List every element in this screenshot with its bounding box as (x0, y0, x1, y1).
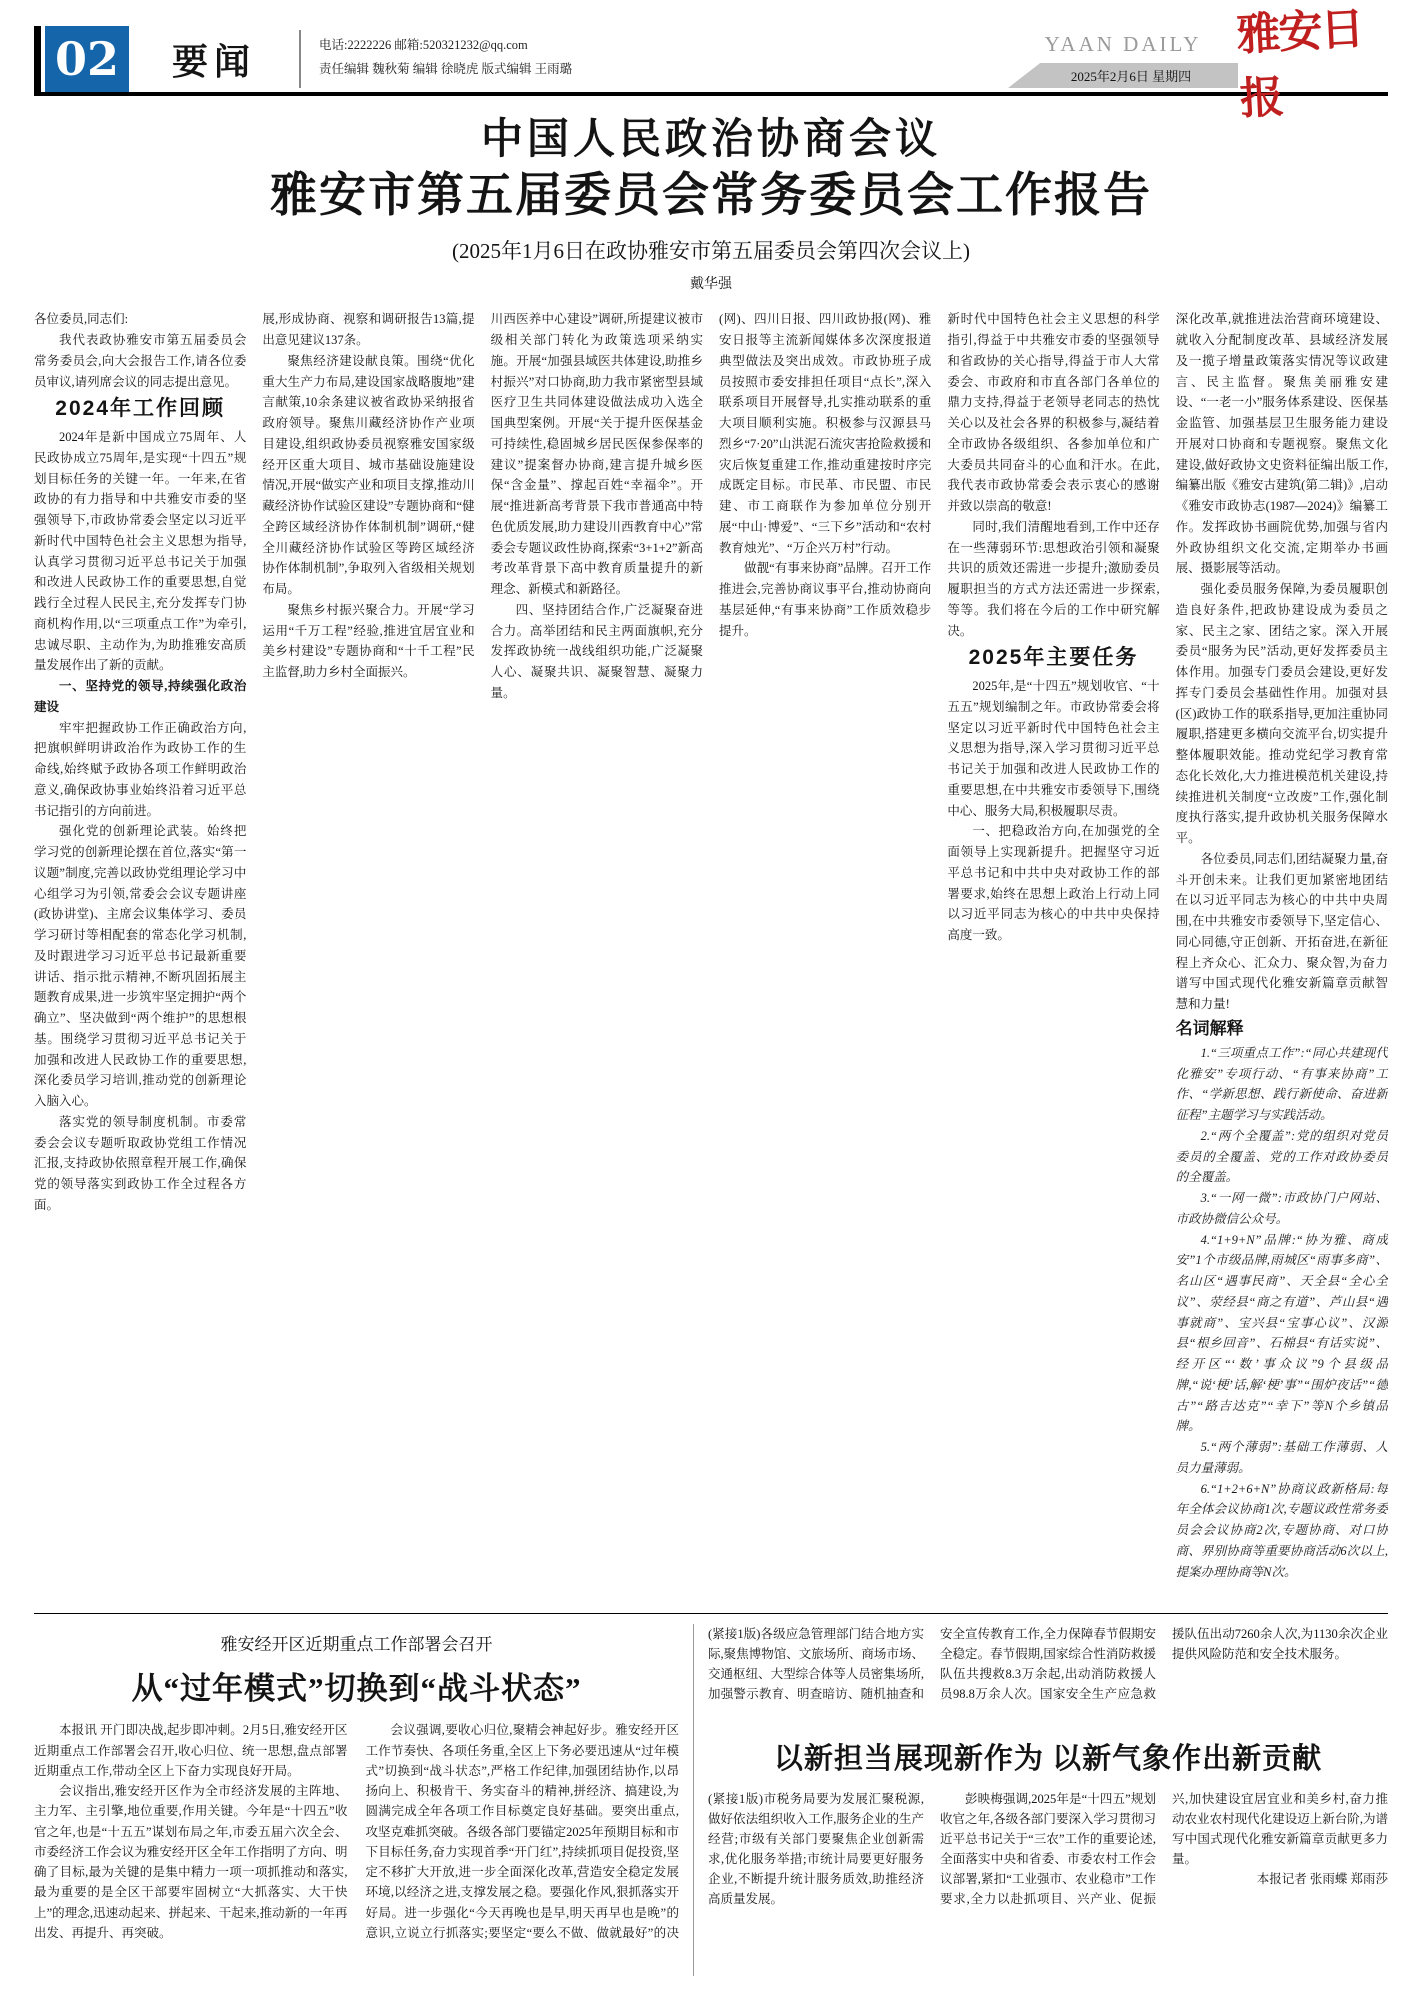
contact-info: 电话:2222226 邮箱:520321232@qq.com 责任编辑 魏秋菊 … (301, 26, 1008, 92)
paragraph: 2024年是新中国成立75周年、人民政协成立75周年,是实现“十四五”规划目标任… (34, 427, 246, 676)
paragraph: (紧接1版)市税务局要为发展汇聚税源,做好依法组织收入工作,服务企业的生产经营;… (708, 1789, 924, 1909)
bottom-right-zone: (紧接1版)各级应急管理部门结合地方实际,聚焦博物馆、文旅场所、商场市场、交通枢… (708, 1624, 1388, 1976)
report-headline-block: 中国人民政治协商会议 雅安市第五届委员会常务委员会工作报告 (2025年1月6日… (34, 96, 1388, 297)
paragraph: 4.“1+9+N”品牌:“协为雅、商成安”1个市级品牌,雨城区“雨事多商”、名山… (1176, 1230, 1388, 1438)
report-column-5: 新时代中国特色社会主义思想的科学指引,得益于中共雅安市委的坚强领导和省政协的关心… (947, 309, 1159, 1603)
report-body: 各位委员,同志们:我代表政协雅安市第五届委员会常务委员会,向大会报告工作,请各位… (34, 309, 1388, 1603)
report-column-6: 深化改革,就推进法治营商环境建设、就收入分配制度改革、县域经济发展及一揽子增量政… (1176, 309, 1388, 1603)
issue-date: 2025年2月6日 星期四 (1008, 63, 1238, 88)
paragraph: 四、坚持团结合作,广泛凝聚奋进合力。高举团结和民主两面旗帜,充分发挥政协统一战线… (491, 600, 703, 704)
bottom-left-kicker: 雅安经开区近期重点工作部署会召开 (34, 1630, 679, 1655)
report-column-2: 展,形成协商、视察和调研报告13篇,提出意见建议137条。聚焦经济建设献良策。围… (262, 309, 474, 1603)
paragraph: 牢牢把握政协工作正确政治方向,把旗帜鲜明讲政治作为政协工作的生命线,始终赋予政协… (34, 718, 246, 822)
contact-line-2: 责任编辑 魏秋菊 编辑 徐晓虎 版式编辑 王雨璐 (319, 58, 1008, 82)
paragraph: 3.“一网一微”:市政协门户网站、市政协微信公众号。 (1176, 1188, 1388, 1230)
paragraph: 我代表政协雅安市第五届委员会常务委员会,向大会报告工作,请各位委员审议,请列席会… (34, 330, 246, 392)
paragraph: 各位委员,同志们: (34, 309, 246, 330)
report-column-1: 各位委员,同志们:我代表政协雅安市第五届委员会常务委员会,向大会报告工作,请各位… (34, 309, 246, 1603)
paragraph: 强化委员服务保障,为委员履职创造良好条件,把政协建设成为委员之家、民主之家、团结… (1176, 579, 1388, 849)
newspaper-page: 02 要闻 电话:2222226 邮箱:520321232@qq.com 责任编… (0, 0, 1422, 2004)
paragraph: 会议强调,要收心归位,聚精会神起好步。雅安经开区工作节奏快、各项任务重,全区上下… (366, 1720, 680, 1948)
report-title-line2: 雅安市第五届委员会常务委员会工作报告 (34, 167, 1388, 226)
bottom-vertical-divider (693, 1624, 694, 1976)
paragraph: 2025年,是“十四五”规划收官、“十五五”规划编制之年。市政协常委会将坚定以习… (947, 676, 1159, 821)
paragraph: 新时代中国特色社会主义思想的科学指引,得益于中共雅安市委的坚强领导和省政协的关心… (947, 309, 1159, 517)
paragraph: 各位委员,同志们,团结凝聚力量,奋斗开创未来。让我们更加紧密地团结在以习近平同志… (1176, 849, 1388, 1015)
paragraph: 同时,我们清醒地看到,工作中还存在一些薄弱环节:思想政治引领和凝聚共识的质效还需… (947, 517, 1159, 642)
masthead-logo: 雅安日报 (1236, 22, 1389, 96)
paragraph: 会议指出,雅安经开区作为全市经济发展的主阵地、主力军、主引擎,地位重要,作用关键… (34, 1781, 348, 1943)
paragraph: 落实党的领导制度机制。市委常委会会议专题听取政协党组工作情况汇报,支持政协依照章… (34, 1112, 246, 1216)
bottom-left-headline: 从“过年模式”切换到“战斗状态” (34, 1663, 679, 1708)
english-title-block: YAAN DAILY 2025年2月6日 星期四 (1008, 26, 1238, 92)
paragraph: 一、把稳政治方向,在加强党的全面领导上实现新提升。把握坚守习近平总书记和中共中央… (947, 821, 1159, 946)
paragraph: 彭映梅强调,2025年是“十四五”规划收官之年,各级各部门要深入学习贯彻习近平总… (940, 1789, 1388, 1909)
report-column-3: 川西医养中心建设”调研,所提建议被市级相关部门转化为政策选项采纳实施。开展“加强… (491, 309, 703, 1603)
report-subtitle: (2025年1月6日在政协雅安市第五届委员会第四次会议上) (34, 235, 1388, 265)
section-title: 要闻 (129, 26, 299, 92)
paragraph: 一、坚持党的领导,持续强化政治建设 (34, 676, 246, 718)
paragraph: 1.“三项重点工作”:“同心共建现代化雅安”专项行动、“有事来协商”工作、“学新… (1176, 1043, 1388, 1126)
paragraph: 展,形成协商、视察和调研报告13篇,提出意见建议137条。 (262, 309, 474, 351)
bottom-right-headline: 以新担当展现新作为 以新气象作出新贡献 (708, 1736, 1388, 1777)
section-heading: 2024年工作回顾 (34, 392, 246, 427)
paragraph: 5.“两个薄弱”:基础工作薄弱、人员力量薄弱。 (1176, 1437, 1388, 1479)
paragraph: 2.“两个全覆盖”:党的组织对党员委员的全覆盖、党的工作对政协委员的全覆盖。 (1176, 1126, 1388, 1188)
bottom-section: 雅安经开区近期重点工作部署会召开 从“过年模式”切换到“战斗状态” 本报讯 开门… (34, 1613, 1388, 1976)
contact-line-1: 电话:2222226 邮箱:520321232@qq.com (319, 34, 1008, 58)
report-title-line1: 中国人民政治协商会议 (34, 114, 1388, 167)
paragraph: 强化党的创新理论武装。始终把学习党的创新理论摆在首位,落实“第一议题”制度,完善… (34, 821, 246, 1112)
paragraph: 聚焦乡村振兴聚合力。开展“学习运用“千万工程”经验,推进宜居宜业和美乡村建设”专… (262, 600, 474, 683)
bottom-right-body: (紧接1版)市税务局要为发展汇聚税源,做好依法组织收入工作,服务企业的生产经营;… (708, 1789, 1388, 1947)
paragraph: 深化改革,就推进法治营商环境建设、就收入分配制度改革、县域经济发展及一揽子增量政… (1176, 309, 1388, 579)
paragraph: 本报讯 开门即决战,起步即冲刺。2月5日,雅安经开区近期重点工作部署会召开,收心… (34, 1720, 348, 1781)
paragraph: (网)、四川日报、四川政协报(网)、雅安日报等主流新闻媒体多次深度报道典型做法及… (719, 309, 931, 558)
page-header: 02 要闻 电话:2222226 邮箱:520321232@qq.com 责任编… (34, 26, 1388, 96)
paragraph: 名词解释 (1176, 1015, 1388, 1043)
bottom-left-body: 本报讯 开门即决战,起步即冲刺。2月5日,雅安经开区近期重点工作部署会召开,收心… (34, 1720, 679, 1948)
bottom-left-article: 雅安经开区近期重点工作部署会召开 从“过年模式”切换到“战斗状态” 本报讯 开门… (34, 1624, 679, 1976)
paragraph: 6.“1+2+6+N”协商议政新格局:每年全体会议协商1次,专题议政性常务委员会… (1176, 1479, 1388, 1583)
header-accent-bar (34, 26, 41, 92)
page-number: 02 (45, 26, 129, 92)
report-byline: 戴华强 (34, 273, 1388, 293)
paragraph: 聚焦经济建设献良策。围绕“优化重大生产力布局,建设国家战略腹地”建言献策,10余… (262, 351, 474, 600)
page1-continuation-body: (紧接1版)各级应急管理部门结合地方实际,聚焦博物馆、文旅场所、商场市场、交通枢… (708, 1624, 1388, 1720)
reporter-credit: 本报记者 张雨蝶 郑雨莎 (1172, 1869, 1388, 1889)
section-heading: 2025年主要任务 (947, 641, 1159, 676)
paper-english-name: YAAN DAILY (1008, 32, 1238, 57)
paragraph: (紧接1版)各级应急管理部门结合地方实际,聚焦博物馆、文旅场所、商场市场、交通枢… (708, 1624, 1388, 1704)
report-column-4: (网)、四川日报、四川政协报(网)、雅安日报等主流新闻媒体多次深度报道典型做法及… (719, 309, 931, 1603)
paragraph: 做靓“有事来协商”品牌。召开工作推进会,完善协商议事平台,推动协商向基层延伸,“… (719, 558, 931, 641)
paragraph: 川西医养中心建设”调研,所提建议被市级相关部门转化为政策选项采纳实施。开展“加强… (491, 309, 703, 600)
